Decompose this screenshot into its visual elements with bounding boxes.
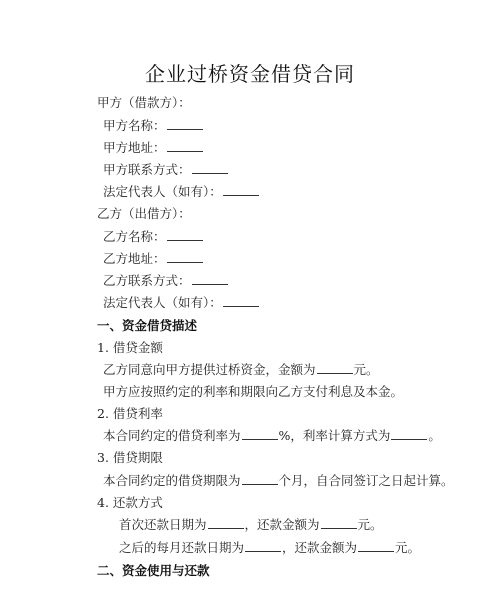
party-b-address-row: 乙方地址： [103, 251, 204, 267]
item-1-line-1-text: 乙方同意向甲方提供过桥资金，金额为 [103, 362, 316, 377]
party-a-rep-row: 法定代表人（如有）： [103, 184, 260, 200]
party-b-heading: 乙方（出借方）： [97, 206, 191, 222]
party-b-rep-blank [223, 295, 259, 307]
party-a-contact-row: 甲方联系方式： [103, 162, 229, 178]
item-4-line-2-mid: ，还款金额为 [282, 540, 357, 555]
item-4-line-2-suffix: 元。 [395, 540, 420, 555]
item-4-line-1-text: 首次还款日期为 [119, 517, 207, 532]
item-4-line-1-suffix: 元。 [358, 517, 383, 532]
party-a-rep-label: 法定代表人（如有）： [103, 184, 222, 199]
party-b-rep-row: 法定代表人（如有）： [103, 295, 260, 311]
item-3-heading: 3. 借贷期限 [97, 450, 163, 466]
item-1-line-1: 乙方同意向甲方提供过桥资金，金额为元。 [103, 362, 379, 378]
item-1-line-1-suffix: 元。 [354, 362, 379, 377]
item-2-line: 本合同约定的借贷利率为%，利率计算方式为。 [103, 428, 441, 444]
party-a-rep-blank [223, 184, 259, 196]
party-b-name-blank [167, 229, 203, 241]
party-b-contact-blank [192, 273, 228, 285]
party-a-name-blank [167, 118, 203, 130]
item-4-line-1-mid: ，还款金额为 [245, 517, 320, 532]
party-b-address-blank [167, 251, 203, 263]
interest-rate-blank [242, 428, 278, 440]
item-2-line-suffix: 。 [428, 428, 441, 443]
document-title: 企业过桥资金借贷合同 [0, 58, 500, 87]
party-a-heading: 甲方（借款方）： [97, 95, 191, 111]
item-4-heading: 4. 还款方式 [97, 495, 163, 511]
item-4-line-1: 首次还款日期为，还款金额为元。 [119, 517, 383, 533]
party-a-address-label: 甲方地址： [103, 140, 166, 155]
section-1-heading: 一、资金借贷描述 [97, 318, 197, 334]
first-repayment-amount-blank [321, 517, 357, 529]
section-2-heading: 二、资金使用与还款 [97, 563, 210, 579]
item-3-line: 本合同约定的借贷期限为个月，自合同签订之日起计算。 [103, 473, 454, 489]
item-4-line-2-text: 之后的每月还款日期为 [119, 540, 244, 555]
party-a-contact-label: 甲方联系方式： [103, 162, 191, 177]
item-4-line-2: 之后的每月还款日期为，还款金额为元。 [119, 540, 420, 556]
party-a-name-row: 甲方名称： [103, 118, 204, 134]
party-a-address-row: 甲方地址： [103, 140, 204, 156]
item-1-line-2: 甲方应按照约定的利率和期限向乙方支付利息及本金。 [103, 384, 403, 400]
party-a-address-blank [167, 140, 203, 152]
item-3-line-text: 本合同约定的借贷期限为 [103, 473, 241, 488]
item-1-heading: 1. 借贷金额 [97, 340, 163, 356]
party-a-contact-blank [192, 162, 228, 174]
loan-term-blank [242, 473, 278, 485]
party-b-name-row: 乙方名称： [103, 229, 204, 245]
first-repayment-date-blank [208, 517, 244, 529]
item-2-line-mid: %，利率计算方式为 [279, 428, 391, 443]
item-2-heading: 2. 借贷利率 [97, 406, 163, 422]
monthly-repayment-amount-blank [358, 540, 394, 552]
party-b-address-label: 乙方地址： [103, 251, 166, 266]
interest-method-blank [391, 428, 427, 440]
item-2-line-text: 本合同约定的借贷利率为 [103, 428, 241, 443]
party-b-name-label: 乙方名称： [103, 229, 166, 244]
party-b-contact-label: 乙方联系方式： [103, 273, 191, 288]
party-b-contact-row: 乙方联系方式： [103, 273, 229, 289]
party-a-name-label: 甲方名称： [103, 118, 166, 133]
loan-amount-blank [317, 362, 353, 374]
item-3-line-suffix: 个月，自合同签订之日起计算。 [279, 473, 454, 488]
party-b-rep-label: 法定代表人（如有）： [103, 295, 222, 310]
monthly-repayment-date-blank [245, 540, 281, 552]
